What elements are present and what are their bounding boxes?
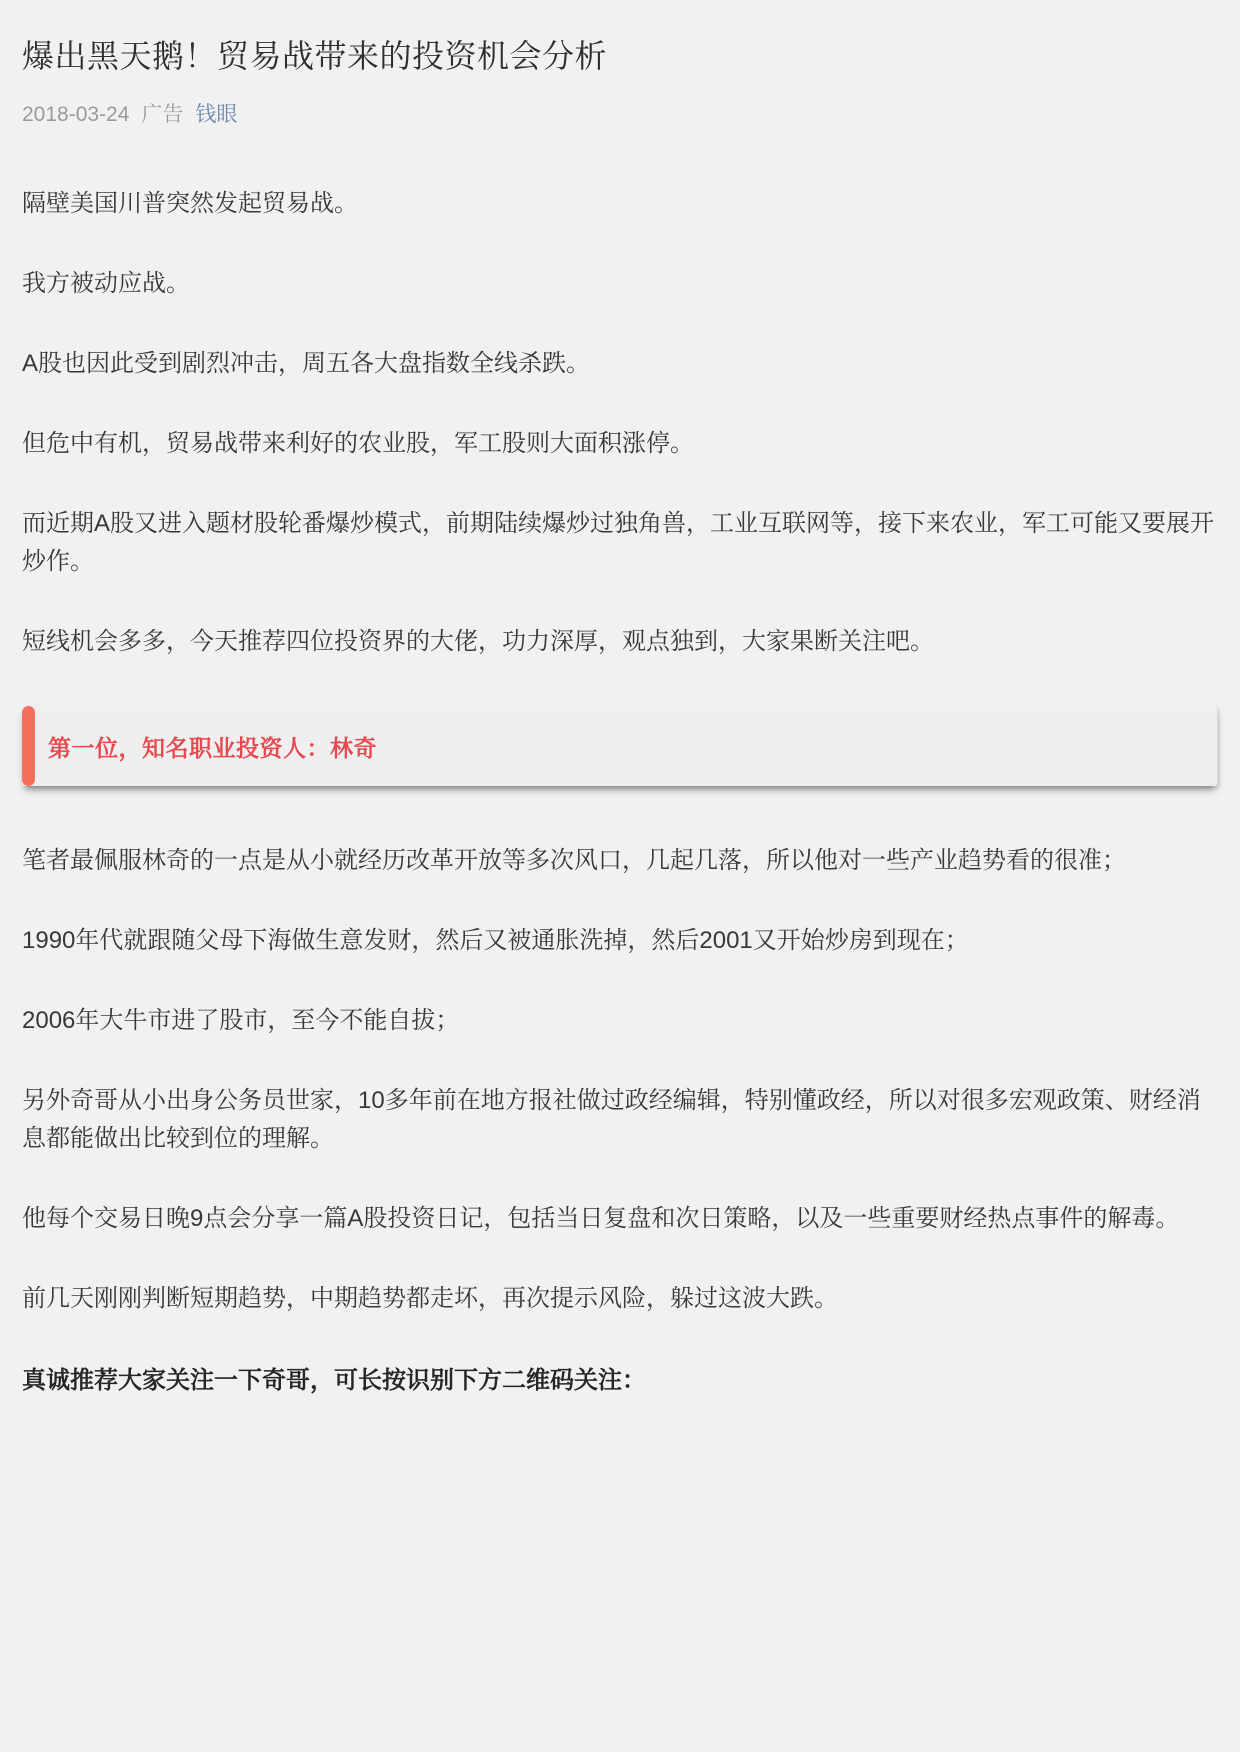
- body-paragraph: 前几天刚刚判断短期趋势，中期趋势都走坏，再次提示风险，躲过这波大跌。: [22, 1280, 1218, 1318]
- body-paragraph: 他每个交易日晚9点会分享一篇A股投资日记，包括当日复盘和次日策略，以及一些重要财…: [22, 1200, 1218, 1238]
- body-paragraph: 1990年代就跟随父母下海做生意发财，然后又被通胀洗掉，然后2001又开始炒房到…: [22, 922, 1218, 960]
- ad-label: 广告: [141, 103, 183, 126]
- intro-paragraph: 短线机会多多，今天推荐四位投资界的大佬，功力深厚，观点独到，大家果断关注吧。: [22, 623, 1218, 661]
- intro-paragraph: 而近期A股又进入题材股轮番爆炒模式，前期陆续爆炒过独角兽，工业互联网等，接下来农…: [22, 505, 1218, 581]
- article-title: 爆出黑天鹅！贸易战带来的投资机会分析: [22, 34, 1218, 78]
- account-link[interactable]: 钱眼: [195, 103, 237, 126]
- body-paragraph: 笔者最佩服林奇的一点是从小就经历改革开放等多次风口，几起几落，所以他对一些产业趋…: [22, 842, 1218, 880]
- section-heading-box: 第一位，知名职业投资人：林奇: [22, 706, 1218, 786]
- cta-paragraph: 真诚推荐大家关注一下奇哥，可长按识别下方二维码关注：: [22, 1362, 1218, 1400]
- section-accent-bar: [22, 706, 35, 786]
- article-meta: 2018-03-24广告钱眼: [22, 102, 1218, 128]
- intro-paragraph: 隔壁美国川普突然发起贸易战。: [22, 185, 1218, 223]
- intro-paragraph: 我方被动应战。: [22, 265, 1218, 303]
- body-paragraph: 2006年大牛市进了股市，至今不能自拔；: [22, 1002, 1218, 1040]
- intro-paragraph: A股也因此受到剧烈冲击，周五各大盘指数全线杀跌。: [22, 345, 1218, 383]
- section-heading: 第一位，知名职业投资人：林奇: [35, 706, 377, 786]
- article-page: 爆出黑天鹅！贸易战带来的投资机会分析 2018-03-24广告钱眼 隔壁美国川普…: [0, 0, 1240, 1752]
- body-paragraph: 另外奇哥从小出身公务员世家，10多年前在地方报社做过政经编辑，特别懂政经，所以对…: [22, 1082, 1218, 1158]
- intro-paragraph: 但危中有机，贸易战带来利好的农业股，军工股则大面积涨停。: [22, 425, 1218, 463]
- publish-date: 2018-03-24: [22, 103, 129, 126]
